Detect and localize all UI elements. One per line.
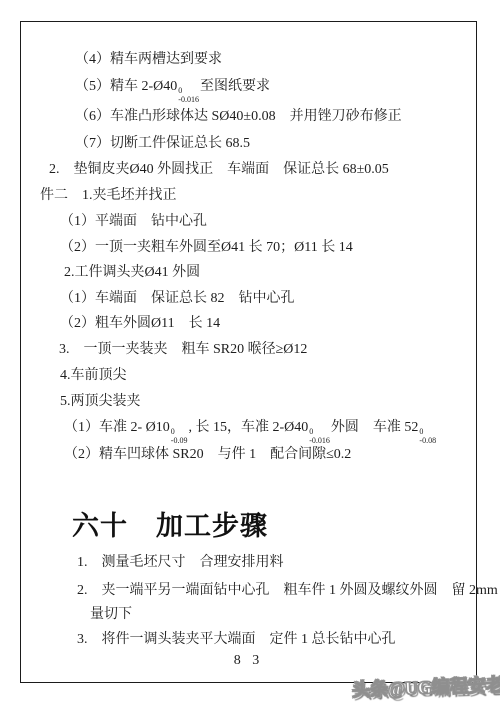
doc-text: 件二 1.夹毛坯并找正 [40, 188, 177, 203]
doc-line: （4）精车两槽达到要求 [75, 51, 222, 69]
doc-text: 至图纸要求 [200, 79, 270, 94]
doc-line: 2. 垫铜皮夹Ø40 外圆找正 车端面 保证总长 68±0.05 [49, 161, 389, 179]
doc-line: （2）精车凹球体 SR20 与件 1 配合间隙≤0.2 [64, 446, 351, 464]
doc-text: 5.两顶尖装夹 [60, 394, 141, 409]
page-number: 8 3 [20, 653, 477, 669]
watermark-text: 头条@UG编程安老师 [352, 670, 500, 702]
doc-line: 1. 测量毛坯尺寸 合理安排用料 [77, 554, 284, 572]
doc-line: 4.车前顶尖 [60, 367, 127, 385]
doc-line: 5.两顶尖装夹 [60, 393, 141, 411]
doc-text: （6）车准凸形球体达 SØ40±0.08 并用锉刀砂布修正 [75, 109, 402, 124]
doc-text: 2. 垫铜皮夹Ø40 外圆找正 车端面 保证总长 68±0.05 [49, 162, 389, 177]
tolerance-lower: -0.09 [171, 437, 188, 445]
doc-text: （7）切断工件保证总长 68.5 [75, 136, 250, 151]
tolerance-stack: 0-0.08 [419, 428, 436, 445]
doc-text: （4）精车两槽达到要求 [75, 52, 222, 67]
doc-line: （2）一顶一夹粗车外圆至Ø41 长 70；Ø11 长 14 [60, 239, 353, 257]
doc-text: （1）车端面 保证总长 82 钻中心孔 [60, 291, 295, 306]
doc-text: 量切下 [90, 607, 132, 622]
tolerance-upper: 0 [309, 428, 313, 436]
doc-line: 3. 一顶一夹装夹 粗车 SR20 喉径≥Ø12 [59, 341, 307, 359]
doc-line: （6）车准凸形球体达 SØ40±0.08 并用锉刀砂布修正 [75, 108, 402, 126]
tolerance-stack: 0-0.09 [171, 428, 188, 445]
doc-text: （1）车准 2- Ø10 [64, 420, 170, 435]
tolerance-upper: 0 [419, 428, 423, 436]
doc-line: （1）平端面 钻中心孔 [60, 213, 207, 231]
doc-text: 外圆 车准 52 [331, 420, 419, 435]
section-heading: 六十 加工步骤 [72, 510, 268, 542]
doc-text: 3. 一顶一夹装夹 粗车 SR20 喉径≥Ø12 [59, 342, 307, 357]
doc-text: , 长 15，车准 2-Ø40 [188, 420, 308, 435]
doc-text: （2）粗车外圆Ø11 长 14 [60, 316, 220, 331]
doc-line: （1）车端面 保证总长 82 钻中心孔 [60, 290, 295, 308]
tolerance-stack: 0-0.016 [309, 428, 330, 445]
doc-text: 2. 夹一端平另一端面钻中心孔 粗车件 1 外圆及螺纹外圆 留 2mm 余 [77, 583, 500, 598]
doc-line: 2. 夹一端平另一端面钻中心孔 粗车件 1 外圆及螺纹外圆 留 2mm 余 [77, 582, 500, 600]
doc-line: （7）切断工件保证总长 68.5 [75, 135, 250, 153]
doc-line: 量切下 [90, 606, 132, 624]
tolerance-lower: -0.08 [419, 437, 436, 445]
doc-line: （2）粗车外圆Ø11 长 14 [60, 315, 220, 333]
doc-line: （5）精车 2-Ø400-0.016至图纸要求 [75, 78, 270, 104]
doc-text: 1. 测量毛坯尺寸 合理安排用料 [77, 555, 284, 570]
doc-line: 3. 将件一调头装夹平大端面 定件 1 总长钻中心孔 [77, 631, 396, 649]
doc-text: 2.工件调头夹Ø41 外圆 [64, 265, 200, 280]
doc-text: （5）精车 2-Ø40 [75, 79, 177, 94]
doc-text: 4.车前顶尖 [60, 368, 127, 383]
tolerance-stack: 0-0.016 [178, 87, 199, 104]
doc-line: （1）车准 2- Ø100-0.09, 长 15，车准 2-Ø400-0.016… [64, 419, 437, 445]
document-page: （4）精车两槽达到要求（5）精车 2-Ø400-0.016至图纸要求（6）车准凸… [0, 0, 500, 707]
tolerance-lower: -0.016 [178, 96, 199, 104]
doc-text: （2）精车凹球体 SR20 与件 1 配合间隙≤0.2 [64, 447, 351, 462]
tolerance-upper: 0 [171, 428, 175, 436]
doc-text: 六十 加工步骤 [72, 511, 268, 541]
tolerance-upper: 0 [178, 87, 182, 95]
doc-text: 3. 将件一调头装夹平大端面 定件 1 总长钻中心孔 [77, 632, 396, 647]
tolerance-lower: -0.016 [309, 437, 330, 445]
doc-line: 2.工件调头夹Ø41 外圆 [64, 264, 200, 282]
doc-text: （1）平端面 钻中心孔 [60, 214, 207, 229]
doc-line: 件二 1.夹毛坯并找正 [40, 187, 177, 205]
doc-text: （2）一顶一夹粗车外圆至Ø41 长 70；Ø11 长 14 [60, 240, 353, 255]
